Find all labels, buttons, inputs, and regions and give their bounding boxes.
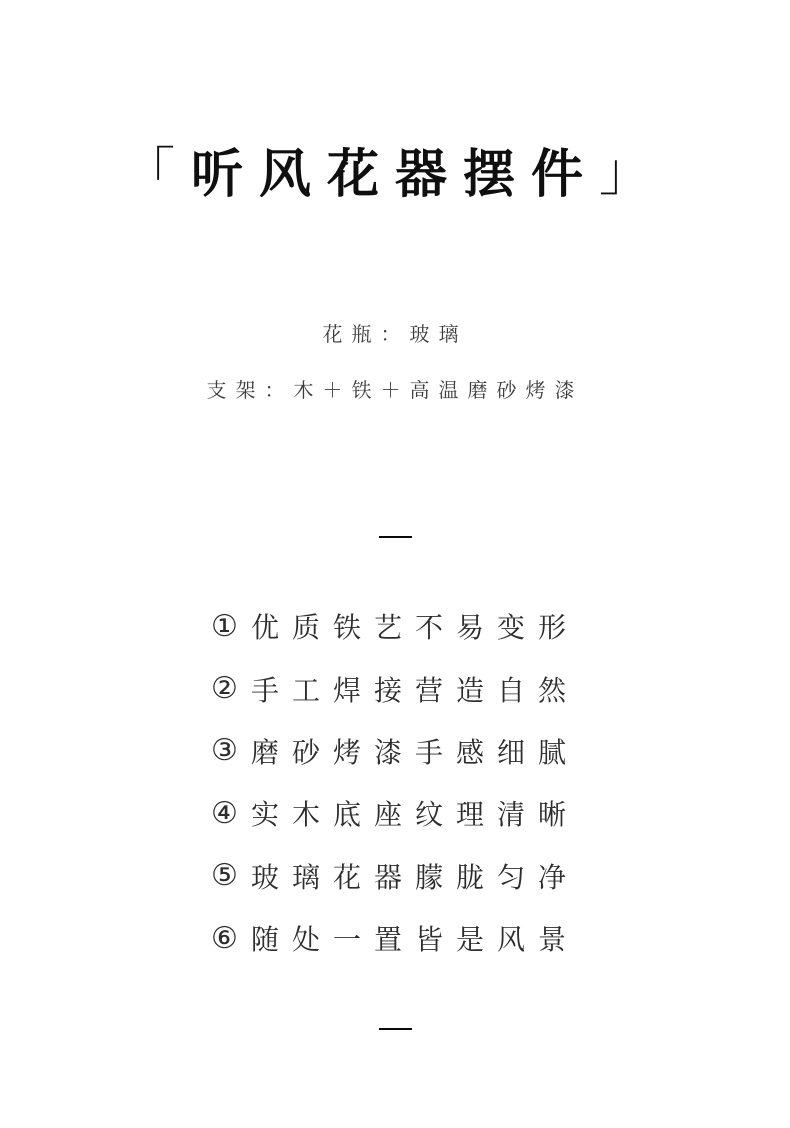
product-description-page: 「听风花器摆件」 花瓶：玻璃 支架：木＋铁＋高温磨砂烤漆 ① 优质铁艺不易变形 … [0,0,790,1128]
feature-item-2: ② 手工焊接营造自然 [0,657,790,719]
title-right-bracket: 」 [599,145,667,202]
feature-text-4: 实木底座纹理清晰 [251,793,579,833]
feature-list: ① 优质铁艺不易变形 ② 手工焊接营造自然 ③ 磨砂烤漆手感细腻 ④ 实木底座纹… [0,595,790,969]
feature-item-4: ④ 实木底座纹理清晰 [0,782,790,844]
feature-item-5: ⑤ 玻璃花器朦胧匀净 [0,845,790,907]
feature-text-5: 玻璃花器朦胧匀净 [251,856,579,896]
feature-text-3: 磨砂烤漆手感细腻 [251,731,579,771]
spec-stand-material: 支架：木＋铁＋高温磨砂烤漆 [0,380,790,402]
divider-bottom [379,1028,412,1030]
feature-number-6: ⑥ [211,921,238,956]
divider-top [379,536,412,538]
title-text: 听风花器摆件 [191,147,599,204]
feature-text-1: 优质铁艺不易变形 [251,606,579,646]
feature-text-2: 手工焊接营造自然 [251,669,579,709]
spec-vase-material: 花瓶：玻璃 [0,324,790,346]
feature-item-1: ① 优质铁艺不易变形 [0,595,790,657]
feature-number-4: ④ [211,796,238,831]
feature-number-2: ② [211,671,238,706]
feature-number-5: ⑤ [211,858,238,893]
feature-item-3: ③ 磨砂烤漆手感细腻 [0,720,790,782]
feature-text-6: 随处一置皆是风景 [251,918,579,958]
page-title: 「听风花器摆件」 [0,146,790,206]
title-left-bracket: 「 [123,145,191,202]
feature-item-6: ⑥ 随处一置皆是风景 [0,907,790,969]
feature-number-1: ① [211,609,238,644]
feature-number-3: ③ [211,733,238,768]
